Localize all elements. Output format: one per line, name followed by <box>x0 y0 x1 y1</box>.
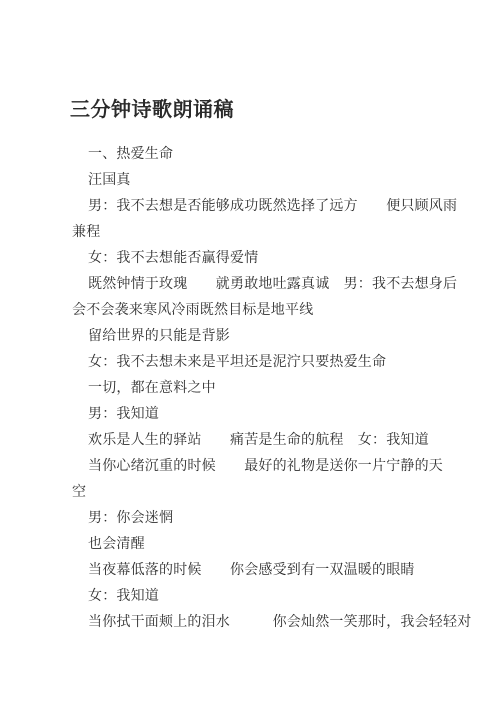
poem-line: 会不会袭来寒风冷雨既然目标是地平线 <box>72 296 484 322</box>
poem-line: 空 <box>72 478 484 504</box>
poem-line: 当你心绪沉重的时候 最好的礼物是送你一片宁静的天 <box>72 452 484 478</box>
poem-line: 当夜幕低落的时候 你会感受到有一双温暖的眼睛 <box>72 556 484 582</box>
poem-line: 男：你会迷惘 <box>72 504 484 530</box>
document-body: 一、热爱生命 汪国真 男：我不去想是否能够成功既然选择了远方 便只顾风雨 兼程 … <box>72 140 484 634</box>
document-page: 三分钟诗歌朗诵稿 一、热爱生命 汪国真 男：我不去想是否能够成功既然选择了远方 … <box>0 0 500 708</box>
poem-line: 男：我知道 <box>72 400 484 426</box>
author-line: 汪国真 <box>72 166 484 192</box>
poem-line: 既然钟情于玫瑰 就勇敢地吐露真诚 男：我不去想身后 <box>72 270 484 296</box>
poem-line: 欢乐是人生的驿站 痛苦是生命的航程 女：我知道 <box>72 426 484 452</box>
poem-line: 女：我不去想能否赢得爱情 <box>72 244 484 270</box>
poem-line: 女：我不去想未来是平坦还是泥泞只要热爱生命 <box>72 348 484 374</box>
document-title: 三分钟诗歌朗诵稿 <box>70 97 234 123</box>
poem-line: 兼程 <box>72 218 484 244</box>
section-heading: 一、热爱生命 <box>72 140 484 166</box>
poem-line: 留给世界的只能是背影 <box>72 322 484 348</box>
poem-line: 也会清醒 <box>72 530 484 556</box>
poem-line: 女：我知道 <box>72 582 484 608</box>
poem-line: 当你拭干面颊上的泪水 你会灿然一笑那时，我会轻轻对 <box>72 608 484 634</box>
poem-line: 男：我不去想是否能够成功既然选择了远方 便只顾风雨 <box>72 192 484 218</box>
poem-line: 一切，都在意料之中 <box>72 374 484 400</box>
